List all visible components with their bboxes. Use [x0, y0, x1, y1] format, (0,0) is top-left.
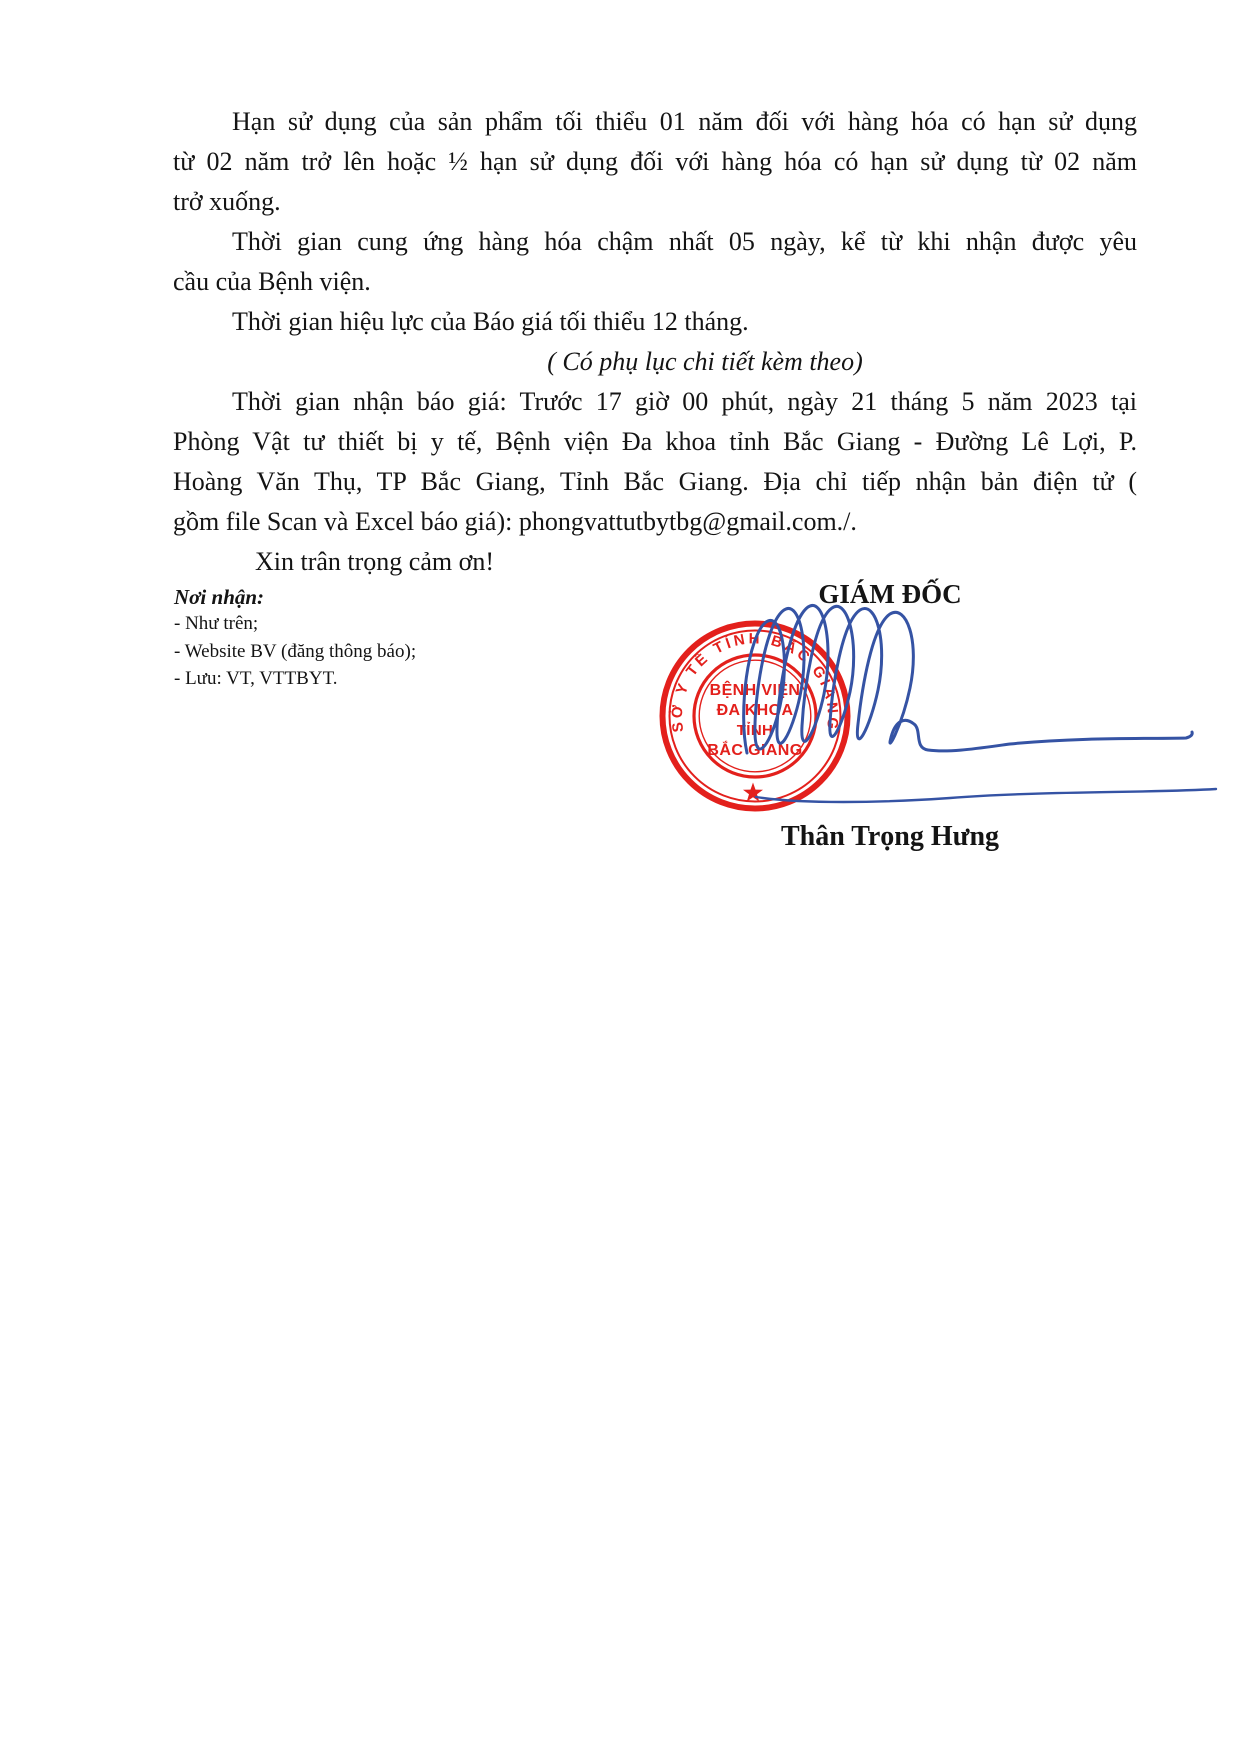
recipient-item: - Website BV (đăng thông báo); — [174, 638, 416, 666]
body-line: Thời gian hiệu lực của Báo giá tối thiểu… — [173, 302, 1137, 342]
signature-stroke — [744, 605, 1193, 753]
recipient-item: - Như trên; — [174, 610, 416, 638]
stamp-center-line: BỆNH VIỆN — [710, 680, 801, 699]
body-line: từ 02 năm trở lên hoặc ½ hạn sử dụng đối… — [173, 142, 1137, 182]
signature-underline-stroke — [756, 789, 1216, 802]
recipients-heading: Nơi nhận: — [174, 584, 416, 610]
body-line: Thời gian nhận báo giá: Trước 17 giờ 00 … — [173, 382, 1137, 422]
body-line: Hoàng Văn Thụ, TP Bắc Giang, Tỉnh Bắc Gi… — [173, 462, 1137, 502]
body-line: Thời gian cung ứng hàng hóa chậm nhất 05… — [173, 222, 1137, 262]
body-line: Hạn sử dụng của sản phẩm tối thiểu 01 nă… — [173, 102, 1137, 142]
recipients-block: Nơi nhận: - Như trên; - Website BV (đăng… — [174, 584, 416, 693]
attachment-note-line: ( Có phụ lục chi tiết kèm theo) — [173, 342, 1137, 382]
body-line: Phòng Vật tư thiết bị y tế, Bệnh viện Đa… — [173, 422, 1137, 462]
signer-name: Thân Trọng Hưng — [740, 820, 1040, 854]
body-line-email: gồm file Scan và Excel báo giá): phongva… — [173, 502, 1137, 542]
body-line: cầu của Bệnh viện. — [173, 262, 1137, 302]
body-line: trở xuống. — [173, 182, 1137, 222]
document-page: Hạn sử dụng của sản phẩm tối thiểu 01 nă… — [0, 0, 1241, 1755]
letter-body: Hạn sử dụng của sản phẩm tối thiểu 01 nă… — [173, 102, 1137, 582]
recipient-item: - Lưu: VT, VTTBYT. — [174, 665, 416, 693]
